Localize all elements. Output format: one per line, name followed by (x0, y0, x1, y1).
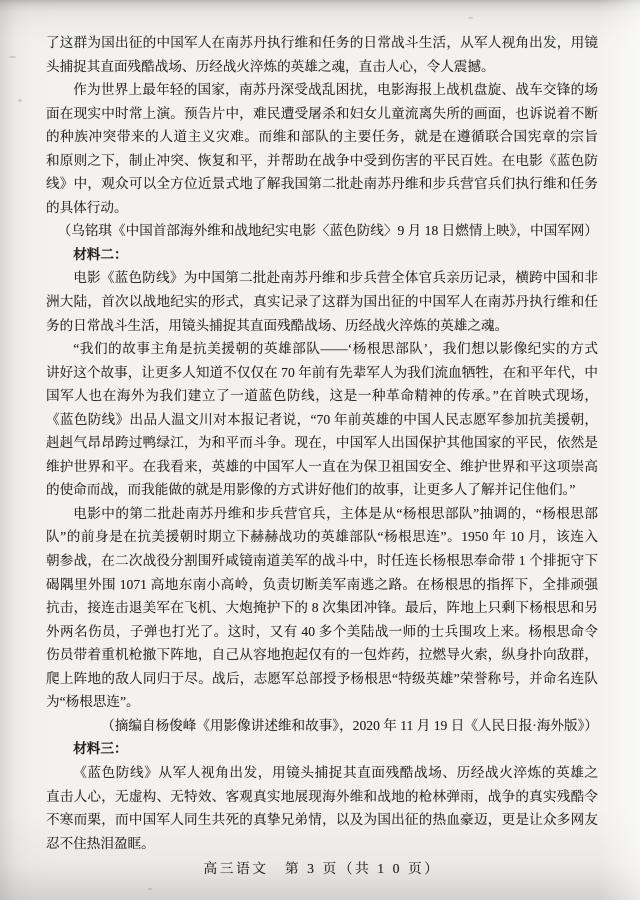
material-heading: 材料三： (46, 737, 598, 761)
text-line: 为“杨根思连”。 (46, 690, 598, 714)
citation-line: （摘编自杨俊峰《用影像讲述维和故事》，2020 年 11 月 19 日《人民日报… (46, 714, 598, 738)
text-line: 面在现实中时常上演。预告片中，难民遭受屠杀和妇女儿童流离失所的画面，也诉说着不断 (46, 102, 598, 126)
text-line: 赳赳气昂昂跨过鸭绿江，为和平而斗争。现在，中国军人出国保护其他国家的平民，依然是 (46, 431, 598, 455)
text-line: 直击人心，无虚构、无特效、客观真实地展现海外维和战地的枪林弹雨，战争的真实残酷令… (46, 785, 598, 809)
text-line: 《蓝色防线》出品人温文川对本报记者说，“70 年前英雄的中国人民志愿军参加抗美援… (46, 408, 598, 432)
text-line: 《蓝色防线》从军人视角出发，用镜头捕捉其直面残酷战场、历经战火淬炼的英雄之魂， (46, 761, 598, 785)
material-heading: 材料二： (46, 243, 598, 267)
scan-artifact (9, 56, 16, 58)
text-line: 碣隅里外围 1071 高地东南小高岭，负责切断美军南逃之路。在杨根思的指挥下，全… (46, 573, 598, 597)
scan-artifact (148, 888, 152, 890)
text-line: 线》中，观众可以全方位近景式地了解我国第二批赴南苏丹维和步兵营官兵们执行维和任务 (46, 172, 598, 196)
text-line: 的具体行动。 (46, 196, 598, 220)
text-line: 爬上阵地的敌人同归于尽。战后，志愿军总部授予杨根思“特级英雄”荣誉称号，并命名连… (46, 667, 598, 691)
page-footer: 高三语文 第 3 页（共 1 0 页） (46, 857, 598, 877)
scan-artifact (18, 99, 22, 102)
text-line: 电影《蓝色防线》为中国第二批赴南苏丹维和步兵营全体官兵亲历记录，横跨中国和非 (46, 266, 598, 290)
text-line: 不寒而栗，而中国军人同生共死的真挚兄弟情，以及为国出征的热血豪迈，更是让众多网友 (46, 808, 598, 832)
text-line: 伤员带着重机枪撤下阵地，自己从容地抱起仅有的一包炸药，拉燃导火索，纵身扑向敌群，… (46, 643, 598, 667)
text-line: 作为世界上最年轻的国家，南苏丹深受战乱困扰，电影海报上战机盘旋、战车交锋的场 (46, 78, 598, 102)
text-line: 队”的前身是在抗美援朝时期立下赫赫战功的英雄部队“杨根思连”。1950 年 10… (46, 525, 598, 549)
text-line: 外两名伤员，子弹也打光了。这时，又有 40 多个美陆战一师的士兵围攻上来。杨根思… (46, 620, 598, 644)
text-line: 头捕捉其直面残酷战场、历经战火淬炼的英雄之魂，直击人心，令人震撼。 (46, 55, 598, 79)
text-line: 的使命而战，而我能做的就是用影像的方式讲好他们的故事，让更多人了解并记住他们。” (46, 478, 598, 502)
text-line: 的种族冲突带来的人道主义灾难。而维和部队的主要任务，就是在遵循联合国宪章的宗旨 (46, 125, 598, 149)
text-line: 国军人也在海外为我们建立了一道蓝色防线，这是一种革命精神的传承。”在首映式现场， (46, 384, 598, 408)
text-line: 维护世界和平。在我看来，英雄的中国军人一直在为保卫祖国安全、维护世界和平这项崇高 (46, 455, 598, 479)
text-line: 电影中的第二批赴南苏丹维和步兵营官兵，主体是从“杨根思部队”抽调的，“杨根思部 (46, 502, 598, 526)
scanned-exam-page: 了这群为国出征的中国军人在南苏丹执行维和任务的日常战斗生活，从军人视角出发，用镜… (0, 0, 640, 900)
text-line: 务的日常战斗生活，用镜头捕捉其直面残酷战场、历经战火淬炼的英雄之魂。 (46, 314, 598, 338)
text-line: 朝参战，在二次战役分割围歼咸镜南道美军的战斗中，时任连长杨根思奉命带 1 个排扼… (46, 549, 598, 573)
citation-line: （乌铭琪《中国首部海外维和战地纪实电影〈蓝色防线〉9 月 18 日燃情上映》，中… (46, 219, 598, 243)
text-line: “我们的故事主角是抗美援朝的英雄部队——‘杨根思部队’，我们想以影像纪实的方式 (46, 337, 598, 361)
text-line: 了这群为国出征的中国军人在南苏丹执行维和任务的日常战斗生活，从军人视角出发，用镜 (46, 31, 598, 55)
text-line: 和原则之下，制止冲突、恢复和平，并帮助在战争中受到伤害的平民百姓。在电影《蓝色防 (46, 149, 598, 173)
scan-artifact (468, 17, 473, 19)
text-line: 忍不住热泪盈眶。 (46, 832, 598, 856)
text-line: 抗击，接连击退美军在飞机、大炮掩护下的 8 次集团冲锋。最后，阵地上只剩下杨根思… (46, 596, 598, 620)
text-line: 讲好这个故事，让更多人知道不仅仅在 70 年前有先辈军人为我们流血牺牲，在和平年… (46, 361, 598, 385)
text-line: 洲大陆，首次以战地纪实的形式，真实记录了这群为国出征的中国军人在南苏丹执行维和任 (46, 290, 598, 314)
text-block: 了这群为国出征的中国军人在南苏丹执行维和任务的日常战斗生活，从军人视角出发，用镜… (46, 31, 598, 855)
